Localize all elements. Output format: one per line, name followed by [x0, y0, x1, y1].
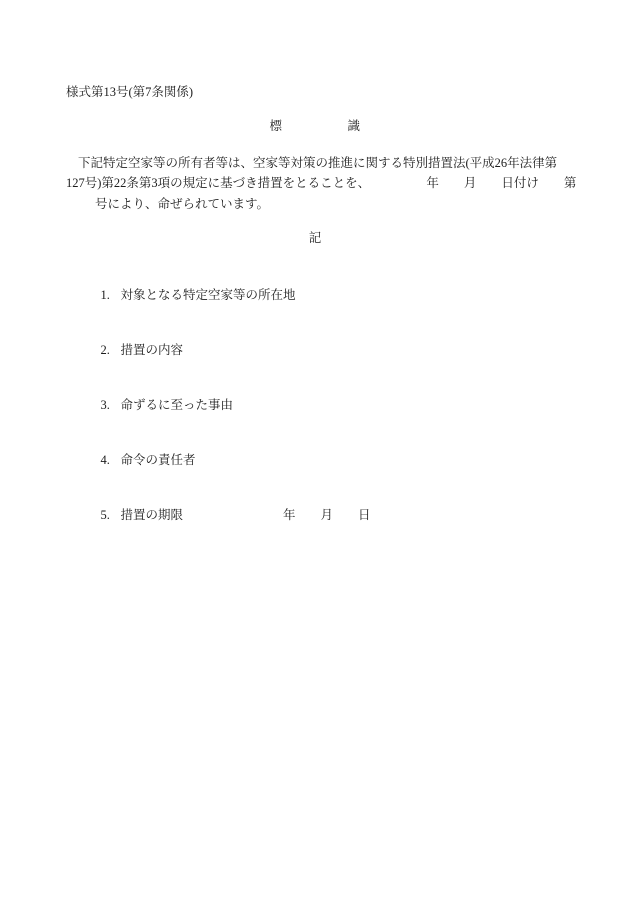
list-item-location: 1.対象となる特定空家等の所在地: [88, 270, 296, 318]
list-item-label: 措置の期限: [121, 508, 184, 522]
list-item-number: 1.: [101, 288, 121, 303]
document-page: 様式第13号(第7条関係) 標 識 下記特定空家等の所有者等は、空家等対策の推進…: [0, 0, 630, 903]
list-item-deadline: 5.措置の期限年 月 日: [88, 490, 371, 538]
list-item-label: 対象となる特定空家等の所在地: [121, 288, 296, 302]
list-item-number: 5.: [101, 508, 121, 523]
list-item-reason: 3.命ずるに至った事由: [88, 380, 233, 428]
paragraph-line-1: 下記特定空家等の所有者等は、空家等対策の推進に関する特別措置法(平成26年法律第: [66, 153, 576, 173]
list-item-label: 命ずるに至った事由: [121, 398, 234, 412]
body-paragraph: 下記特定空家等の所有者等は、空家等対策の推進に関する特別措置法(平成26年法律第…: [66, 153, 576, 214]
paragraph-line-2: 127号)第22条第3項の規定に基づき措置をとることを、 年 月 日付け 第: [66, 173, 576, 193]
list-item-measure-content: 2.措置の内容: [88, 325, 183, 373]
list-item-label: 措置の内容: [121, 343, 184, 357]
paragraph-line-3: 号により、命ぜられています。: [66, 194, 576, 214]
form-number-label: 様式第13号(第7条関係): [66, 82, 193, 100]
list-item-number: 4.: [101, 453, 121, 468]
document-title: 標 識: [0, 116, 630, 134]
list-item-responsible-person: 4.命令の責任者: [88, 435, 196, 483]
ki-heading: 記: [0, 228, 630, 246]
deadline-date-fields: 年 月 日: [283, 508, 371, 522]
list-item-number: 3.: [101, 398, 121, 413]
list-item-label: 命令の責任者: [121, 453, 196, 467]
list-item-number: 2.: [101, 343, 121, 358]
